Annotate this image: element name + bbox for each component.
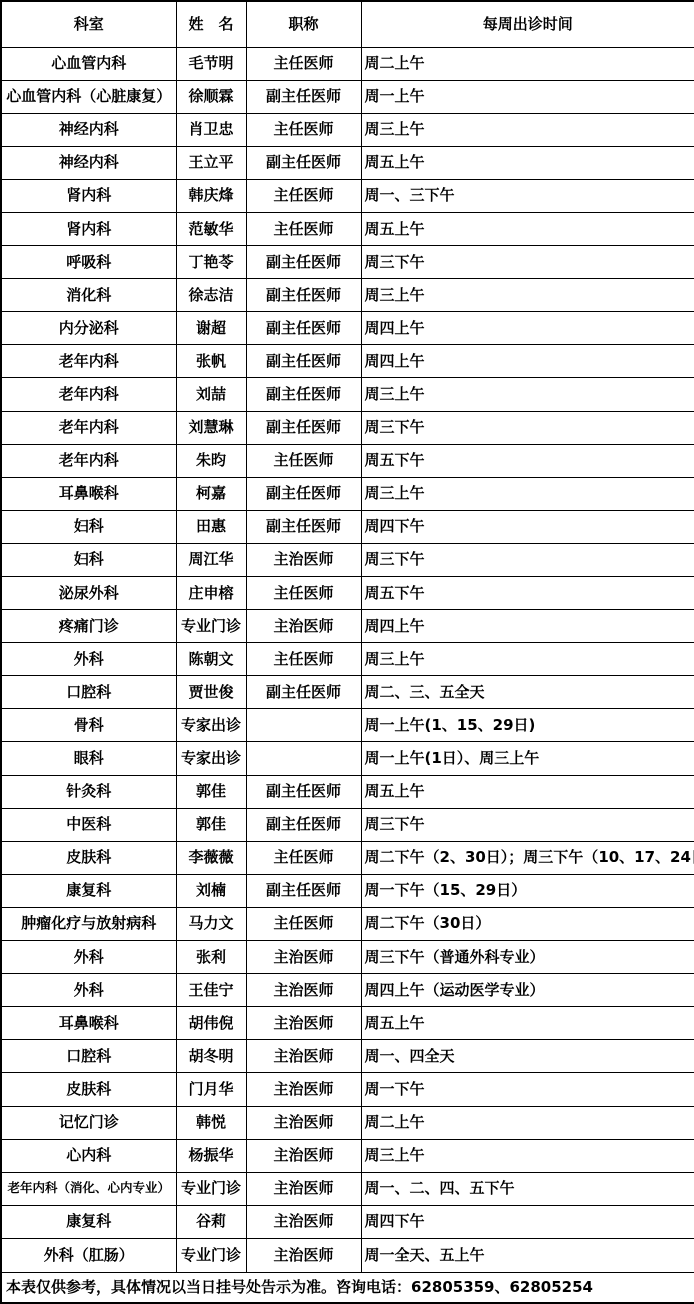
title-cell: 副主任医师 bbox=[246, 874, 361, 907]
name-cell: 门月华 bbox=[176, 1073, 246, 1106]
table-row: 呼吸科丁艳苓副主任医师周三下午 bbox=[1, 246, 694, 279]
table-row: 耳鼻喉科柯嘉副主任医师周三上午 bbox=[1, 477, 694, 510]
department-cell: 妇科 bbox=[1, 510, 176, 543]
name-cell: 田惠 bbox=[176, 510, 246, 543]
department-cell: 内分泌科 bbox=[1, 312, 176, 345]
department-cell: 康复科 bbox=[1, 1205, 176, 1238]
table-row: 神经内科王立平副主任医师周五上午 bbox=[1, 146, 694, 179]
schedule-cell: 周四上午 bbox=[361, 312, 694, 345]
name-cell: 马力文 bbox=[176, 907, 246, 940]
title-cell: 副主任医师 bbox=[246, 775, 361, 808]
schedule-cell: 周四下午 bbox=[361, 510, 694, 543]
title-cell: 副主任医师 bbox=[246, 676, 361, 709]
name-cell: 刘喆 bbox=[176, 378, 246, 411]
title-cell: 主治医师 bbox=[246, 1040, 361, 1073]
schedule-cell: 周一、三下午 bbox=[361, 179, 694, 212]
department-cell: 妇科 bbox=[1, 543, 176, 576]
name-cell: 专业门诊 bbox=[176, 1172, 246, 1205]
title-cell: 副主任医师 bbox=[246, 378, 361, 411]
name-cell: 谢超 bbox=[176, 312, 246, 345]
name-cell: 朱昀 bbox=[176, 444, 246, 477]
title-cell: 副主任医师 bbox=[246, 345, 361, 378]
schedule-cell: 周三上午 bbox=[361, 643, 694, 676]
table-row: 心内科杨振华主治医师周三上午 bbox=[1, 1139, 694, 1172]
table-row: 皮肤科李薇薇主任医师周二下午（2、30日）；周三下午（10、17、24日） bbox=[1, 841, 694, 874]
name-cell: 范敏华 bbox=[176, 212, 246, 245]
title-cell: 副主任医师 bbox=[246, 312, 361, 345]
department-cell: 疼痛门诊 bbox=[1, 610, 176, 643]
name-cell: 专业门诊 bbox=[176, 1238, 246, 1272]
name-cell: 韩庆烽 bbox=[176, 179, 246, 212]
table-row: 皮肤科门月华主治医师周一下午 bbox=[1, 1073, 694, 1106]
schedule-cell: 周三下午 bbox=[361, 411, 694, 444]
title-cell: 副主任医师 bbox=[246, 80, 361, 113]
footer-note: 本表仅供参考，具体情况以当日挂号处告示为准。咨询电话：62805359、6280… bbox=[1, 1272, 694, 1303]
name-cell: 胡伟倪 bbox=[176, 1007, 246, 1040]
name-cell: 郭佳 bbox=[176, 808, 246, 841]
schedule-cell: 周三下午 bbox=[361, 246, 694, 279]
department-cell: 老年内科 bbox=[1, 444, 176, 477]
schedule-cell: 周三下午 bbox=[361, 808, 694, 841]
schedule-cell: 周一、四全天 bbox=[361, 1040, 694, 1073]
table-row: 疼痛门诊专业门诊主治医师周四上午 bbox=[1, 610, 694, 643]
title-cell: 主任医师 bbox=[246, 907, 361, 940]
department-cell: 肾内科 bbox=[1, 179, 176, 212]
schedule-cell: 周五上午 bbox=[361, 146, 694, 179]
schedule-cell: 周五下午 bbox=[361, 577, 694, 610]
name-cell: 专业门诊 bbox=[176, 610, 246, 643]
name-cell: 贾世俊 bbox=[176, 676, 246, 709]
table-row: 耳鼻喉科胡伟倪主治医师周五上午 bbox=[1, 1007, 694, 1040]
schedule-cell: 周三下午 bbox=[361, 543, 694, 576]
table-row: 眼科专家出诊周一上午(1日）、周三上午 bbox=[1, 742, 694, 775]
schedule-cell: 周三上午 bbox=[361, 279, 694, 312]
title-cell: 主任医师 bbox=[246, 179, 361, 212]
schedule-cell: 周四上午 bbox=[361, 345, 694, 378]
name-cell: 周江华 bbox=[176, 543, 246, 576]
table-row: 康复科刘楠副主任医师周一下午（15、29日） bbox=[1, 874, 694, 907]
name-cell: 王佳宁 bbox=[176, 974, 246, 1007]
schedule-cell: 周五上午 bbox=[361, 775, 694, 808]
table-row: 口腔科胡冬明主治医师周一、四全天 bbox=[1, 1040, 694, 1073]
schedule-cell: 周一下午（15、29日） bbox=[361, 874, 694, 907]
schedule-cell: 周一上午 bbox=[361, 80, 694, 113]
table-row: 妇科田惠副主任医师周四下午 bbox=[1, 510, 694, 543]
name-cell: 刘慧琳 bbox=[176, 411, 246, 444]
department-cell: 康复科 bbox=[1, 874, 176, 907]
schedule-cell: 周二下午（2、30日）；周三下午（10、17、24日） bbox=[361, 841, 694, 874]
schedule-cell: 周四上午（运动医学专业） bbox=[361, 974, 694, 1007]
department-cell: 肾内科 bbox=[1, 212, 176, 245]
footer-row: 本表仅供参考，具体情况以当日挂号处告示为准。咨询电话：62805359、6280… bbox=[1, 1272, 694, 1303]
schedule-cell: 周二、三、五全天 bbox=[361, 676, 694, 709]
table-row: 针灸科郭佳副主任医师周五上午 bbox=[1, 775, 694, 808]
header-row: 科室 姓 名 职称 每周出诊时间 bbox=[1, 1, 694, 47]
title-cell: 副主任医师 bbox=[246, 279, 361, 312]
title-cell: 主治医师 bbox=[246, 1073, 361, 1106]
schedule-cell: 周三上午 bbox=[361, 1139, 694, 1172]
title-cell: 副主任医师 bbox=[246, 477, 361, 510]
schedule-cell: 周一下午 bbox=[361, 1073, 694, 1106]
table-row: 心血管内科毛节明主任医师周二上午 bbox=[1, 47, 694, 80]
table-row: 骨科专家出诊周一上午(1、15、29日) bbox=[1, 709, 694, 742]
table-row: 外科（肛肠）专业门诊主治医师周一全天、五上午 bbox=[1, 1238, 694, 1272]
table-row: 消化科徐志洁副主任医师周三上午 bbox=[1, 279, 694, 312]
department-cell: 心血管内科 bbox=[1, 47, 176, 80]
title-cell: 副主任医师 bbox=[246, 146, 361, 179]
name-cell: 郭佳 bbox=[176, 775, 246, 808]
title-cell: 主任医师 bbox=[246, 113, 361, 146]
department-cell: 针灸科 bbox=[1, 775, 176, 808]
table-row: 老年内科朱昀主任医师周五下午 bbox=[1, 444, 694, 477]
department-cell: 皮肤科 bbox=[1, 841, 176, 874]
department-cell: 老年内科 bbox=[1, 345, 176, 378]
title-cell: 主治医师 bbox=[246, 1007, 361, 1040]
table-row: 老年内科（消化、心内专业）专业门诊主治医师周一、二、四、五下午 bbox=[1, 1172, 694, 1205]
title-cell: 主治医师 bbox=[246, 941, 361, 974]
schedule-cell: 周一上午(1、15、29日) bbox=[361, 709, 694, 742]
title-cell: 主治医师 bbox=[246, 610, 361, 643]
department-cell: 口腔科 bbox=[1, 676, 176, 709]
table-row: 泌尿外科庄申榕主任医师周五下午 bbox=[1, 577, 694, 610]
department-cell: 消化科 bbox=[1, 279, 176, 312]
title-cell bbox=[246, 709, 361, 742]
table-row: 内分泌科谢超副主任医师周四上午 bbox=[1, 312, 694, 345]
name-cell: 刘楠 bbox=[176, 874, 246, 907]
department-cell: 肿瘤化疗与放射病科 bbox=[1, 907, 176, 940]
schedule-cell: 周三上午 bbox=[361, 477, 694, 510]
name-cell: 徐志洁 bbox=[176, 279, 246, 312]
department-cell: 神经内科 bbox=[1, 146, 176, 179]
table-row: 肾内科范敏华主任医师周五上午 bbox=[1, 212, 694, 245]
department-cell: 外科 bbox=[1, 941, 176, 974]
schedule-body: 心血管内科毛节明主任医师周二上午心血管内科（心脏康复）徐顺霖副主任医师周一上午神… bbox=[1, 47, 694, 1272]
table-row: 中医科郭佳副主任医师周三下午 bbox=[1, 808, 694, 841]
title-cell: 主治医师 bbox=[246, 1106, 361, 1139]
name-cell: 毛节明 bbox=[176, 47, 246, 80]
clinic-schedule-table: 科室 姓 名 职称 每周出诊时间 心血管内科毛节明主任医师周二上午心血管内科（心… bbox=[0, 0, 694, 1304]
name-cell: 韩悦 bbox=[176, 1106, 246, 1139]
department-cell: 口腔科 bbox=[1, 1040, 176, 1073]
title-cell: 主治医师 bbox=[246, 1172, 361, 1205]
table-footer: 本表仅供参考，具体情况以当日挂号处告示为准。咨询电话：62805359、6280… bbox=[1, 1272, 694, 1303]
table-row: 记忆门诊韩悦主治医师周二上午 bbox=[1, 1106, 694, 1139]
department-cell: 老年内科 bbox=[1, 411, 176, 444]
col-header-department: 科室 bbox=[1, 1, 176, 47]
schedule-cell: 周四下午 bbox=[361, 1205, 694, 1238]
schedule-cell: 周二下午（30日） bbox=[361, 907, 694, 940]
title-cell: 主任医师 bbox=[246, 643, 361, 676]
title-cell: 主任医师 bbox=[246, 212, 361, 245]
schedule-cell: 周五上午 bbox=[361, 1007, 694, 1040]
name-cell: 陈朝文 bbox=[176, 643, 246, 676]
name-cell: 庄申榕 bbox=[176, 577, 246, 610]
table-row: 外科张利主治医师周三下午（普通外科专业） bbox=[1, 941, 694, 974]
department-cell: 泌尿外科 bbox=[1, 577, 176, 610]
title-cell bbox=[246, 742, 361, 775]
col-header-name: 姓 名 bbox=[176, 1, 246, 47]
table-row: 外科王佳宁主治医师周四上午（运动医学专业） bbox=[1, 974, 694, 1007]
title-cell: 主治医师 bbox=[246, 1238, 361, 1272]
title-cell: 主治医师 bbox=[246, 543, 361, 576]
schedule-cell: 周四上午 bbox=[361, 610, 694, 643]
table-row: 外科陈朝文主任医师周三上午 bbox=[1, 643, 694, 676]
schedule-cell: 周一上午(1日）、周三上午 bbox=[361, 742, 694, 775]
title-cell: 主任医师 bbox=[246, 577, 361, 610]
schedule-cell: 周三上午 bbox=[361, 113, 694, 146]
department-cell: 外科 bbox=[1, 643, 176, 676]
schedule-cell: 周三下午（普通外科专业） bbox=[361, 941, 694, 974]
title-cell: 副主任医师 bbox=[246, 246, 361, 279]
schedule-cell: 周二上午 bbox=[361, 47, 694, 80]
name-cell: 专家出诊 bbox=[176, 709, 246, 742]
table-row: 肿瘤化疗与放射病科马力文主任医师周二下午（30日） bbox=[1, 907, 694, 940]
department-cell: 皮肤科 bbox=[1, 1073, 176, 1106]
table-header: 科室 姓 名 职称 每周出诊时间 bbox=[1, 1, 694, 47]
col-header-schedule: 每周出诊时间 bbox=[361, 1, 694, 47]
title-cell: 主治医师 bbox=[246, 1205, 361, 1238]
name-cell: 柯嘉 bbox=[176, 477, 246, 510]
title-cell: 副主任医师 bbox=[246, 510, 361, 543]
table-row: 口腔科贾世俊副主任医师周二、三、五全天 bbox=[1, 676, 694, 709]
department-cell: 耳鼻喉科 bbox=[1, 1007, 176, 1040]
title-cell: 主任医师 bbox=[246, 444, 361, 477]
title-cell: 主治医师 bbox=[246, 1139, 361, 1172]
department-cell: 外科 bbox=[1, 974, 176, 1007]
title-cell: 主任医师 bbox=[246, 841, 361, 874]
department-cell: 中医科 bbox=[1, 808, 176, 841]
department-cell: 呼吸科 bbox=[1, 246, 176, 279]
department-cell: 心内科 bbox=[1, 1139, 176, 1172]
name-cell: 肖卫忠 bbox=[176, 113, 246, 146]
name-cell: 专家出诊 bbox=[176, 742, 246, 775]
name-cell: 丁艳苓 bbox=[176, 246, 246, 279]
department-cell: 骨科 bbox=[1, 709, 176, 742]
title-cell: 主任医师 bbox=[246, 47, 361, 80]
table-row: 老年内科张帆副主任医师周四上午 bbox=[1, 345, 694, 378]
department-cell: 老年内科 bbox=[1, 378, 176, 411]
table-row: 老年内科刘慧琳副主任医师周三下午 bbox=[1, 411, 694, 444]
schedule-cell: 周一、二、四、五下午 bbox=[361, 1172, 694, 1205]
table-row: 神经内科肖卫忠主任医师周三上午 bbox=[1, 113, 694, 146]
schedule-cell: 周一全天、五上午 bbox=[361, 1238, 694, 1272]
table-row: 妇科周江华主治医师周三下午 bbox=[1, 543, 694, 576]
name-cell: 胡冬明 bbox=[176, 1040, 246, 1073]
department-cell: 记忆门诊 bbox=[1, 1106, 176, 1139]
schedule-cell: 周二上午 bbox=[361, 1106, 694, 1139]
table-row: 肾内科韩庆烽主任医师周一、三下午 bbox=[1, 179, 694, 212]
schedule-cell: 周五上午 bbox=[361, 212, 694, 245]
department-cell: 耳鼻喉科 bbox=[1, 477, 176, 510]
schedule-cell: 周三上午 bbox=[361, 378, 694, 411]
title-cell: 主治医师 bbox=[246, 974, 361, 1007]
name-cell: 谷莉 bbox=[176, 1205, 246, 1238]
schedule-cell: 周五下午 bbox=[361, 444, 694, 477]
table-row: 老年内科刘喆副主任医师周三上午 bbox=[1, 378, 694, 411]
name-cell: 张帆 bbox=[176, 345, 246, 378]
name-cell: 王立平 bbox=[176, 146, 246, 179]
department-cell: 神经内科 bbox=[1, 113, 176, 146]
table-row: 心血管内科（心脏康复）徐顺霖副主任医师周一上午 bbox=[1, 80, 694, 113]
title-cell: 副主任医师 bbox=[246, 808, 361, 841]
name-cell: 杨振华 bbox=[176, 1139, 246, 1172]
department-cell: 老年内科（消化、心内专业） bbox=[1, 1172, 176, 1205]
title-cell: 副主任医师 bbox=[246, 411, 361, 444]
name-cell: 李薇薇 bbox=[176, 841, 246, 874]
department-cell: 外科（肛肠） bbox=[1, 1238, 176, 1272]
table-row: 康复科谷莉主治医师周四下午 bbox=[1, 1205, 694, 1238]
name-cell: 徐顺霖 bbox=[176, 80, 246, 113]
name-cell: 张利 bbox=[176, 941, 246, 974]
col-header-title: 职称 bbox=[246, 1, 361, 47]
department-cell: 心血管内科（心脏康复） bbox=[1, 80, 176, 113]
department-cell: 眼科 bbox=[1, 742, 176, 775]
